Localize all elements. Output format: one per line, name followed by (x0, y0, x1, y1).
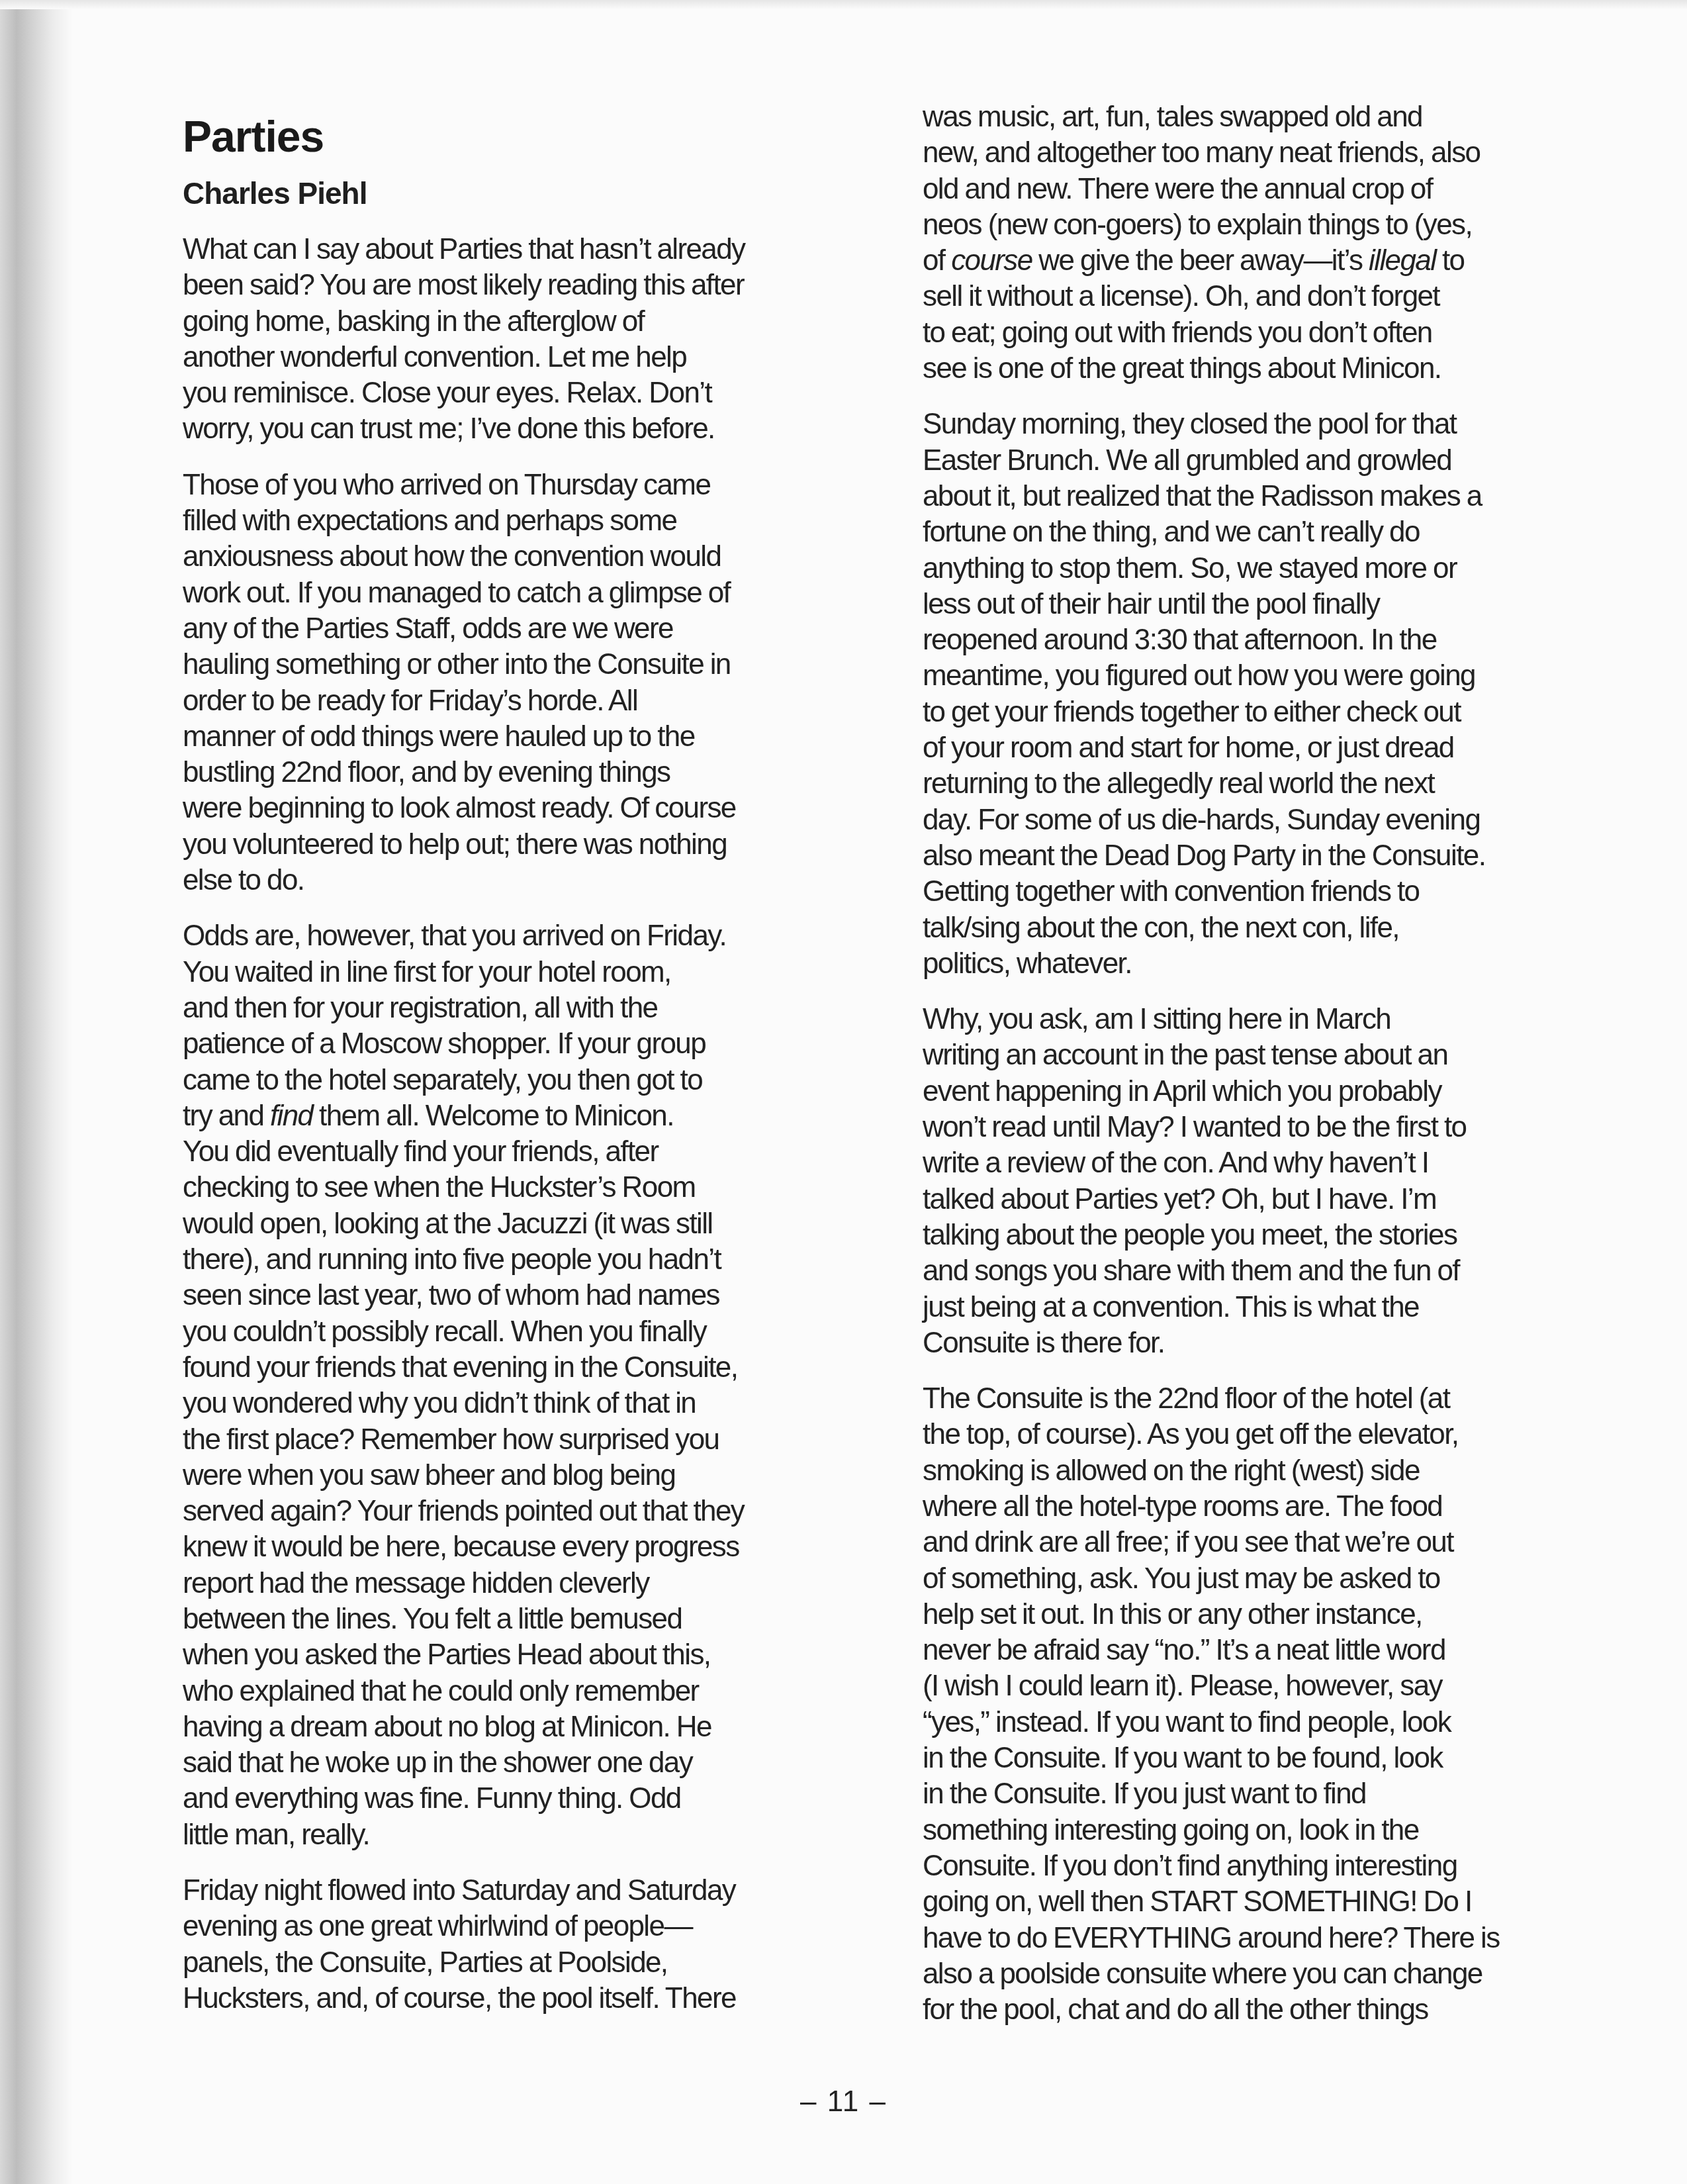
page-top-edge (0, 0, 1687, 9)
text-segment: we give the beer away—it’s (1032, 244, 1369, 277)
binding-shadow (0, 0, 73, 2184)
paragraph-sunday: Sunday morning, they closed the pool for… (923, 406, 1624, 982)
right-column: was music, art, fun, tales swapped old a… (923, 99, 1624, 2048)
article-author: Charles Piehl (183, 175, 884, 212)
italic-text: course (951, 244, 1032, 277)
left-column: Parties Charles Piehl What can I say abo… (183, 111, 884, 2036)
paragraph-thursday: Those of you who arrived on Thursday cam… (183, 467, 884, 899)
text-segment: them all. Welcome to Minicon. You did ev… (183, 1100, 744, 1851)
italic-text: find (270, 1100, 313, 1132)
italic-text: illegal (1369, 244, 1436, 277)
paragraph-saturday: Friday night flowed into Saturday and Sa… (183, 1873, 884, 2017)
paragraph-intro: What can I say about Parties that hasn’t… (183, 232, 884, 448)
paragraph-why: Why, you ask, am I sitting here in March… (923, 1002, 1624, 1361)
paragraph-continued: was music, art, fun, tales swapped old a… (923, 99, 1624, 387)
page-number: – 11 – (0, 2085, 1687, 2118)
article-title: Parties (183, 111, 884, 162)
paragraph-consuite: The Consuite is the 22nd floor of the ho… (923, 1381, 1624, 2028)
paragraph-friday: Odds are, however, that you arrived on F… (183, 918, 884, 1853)
